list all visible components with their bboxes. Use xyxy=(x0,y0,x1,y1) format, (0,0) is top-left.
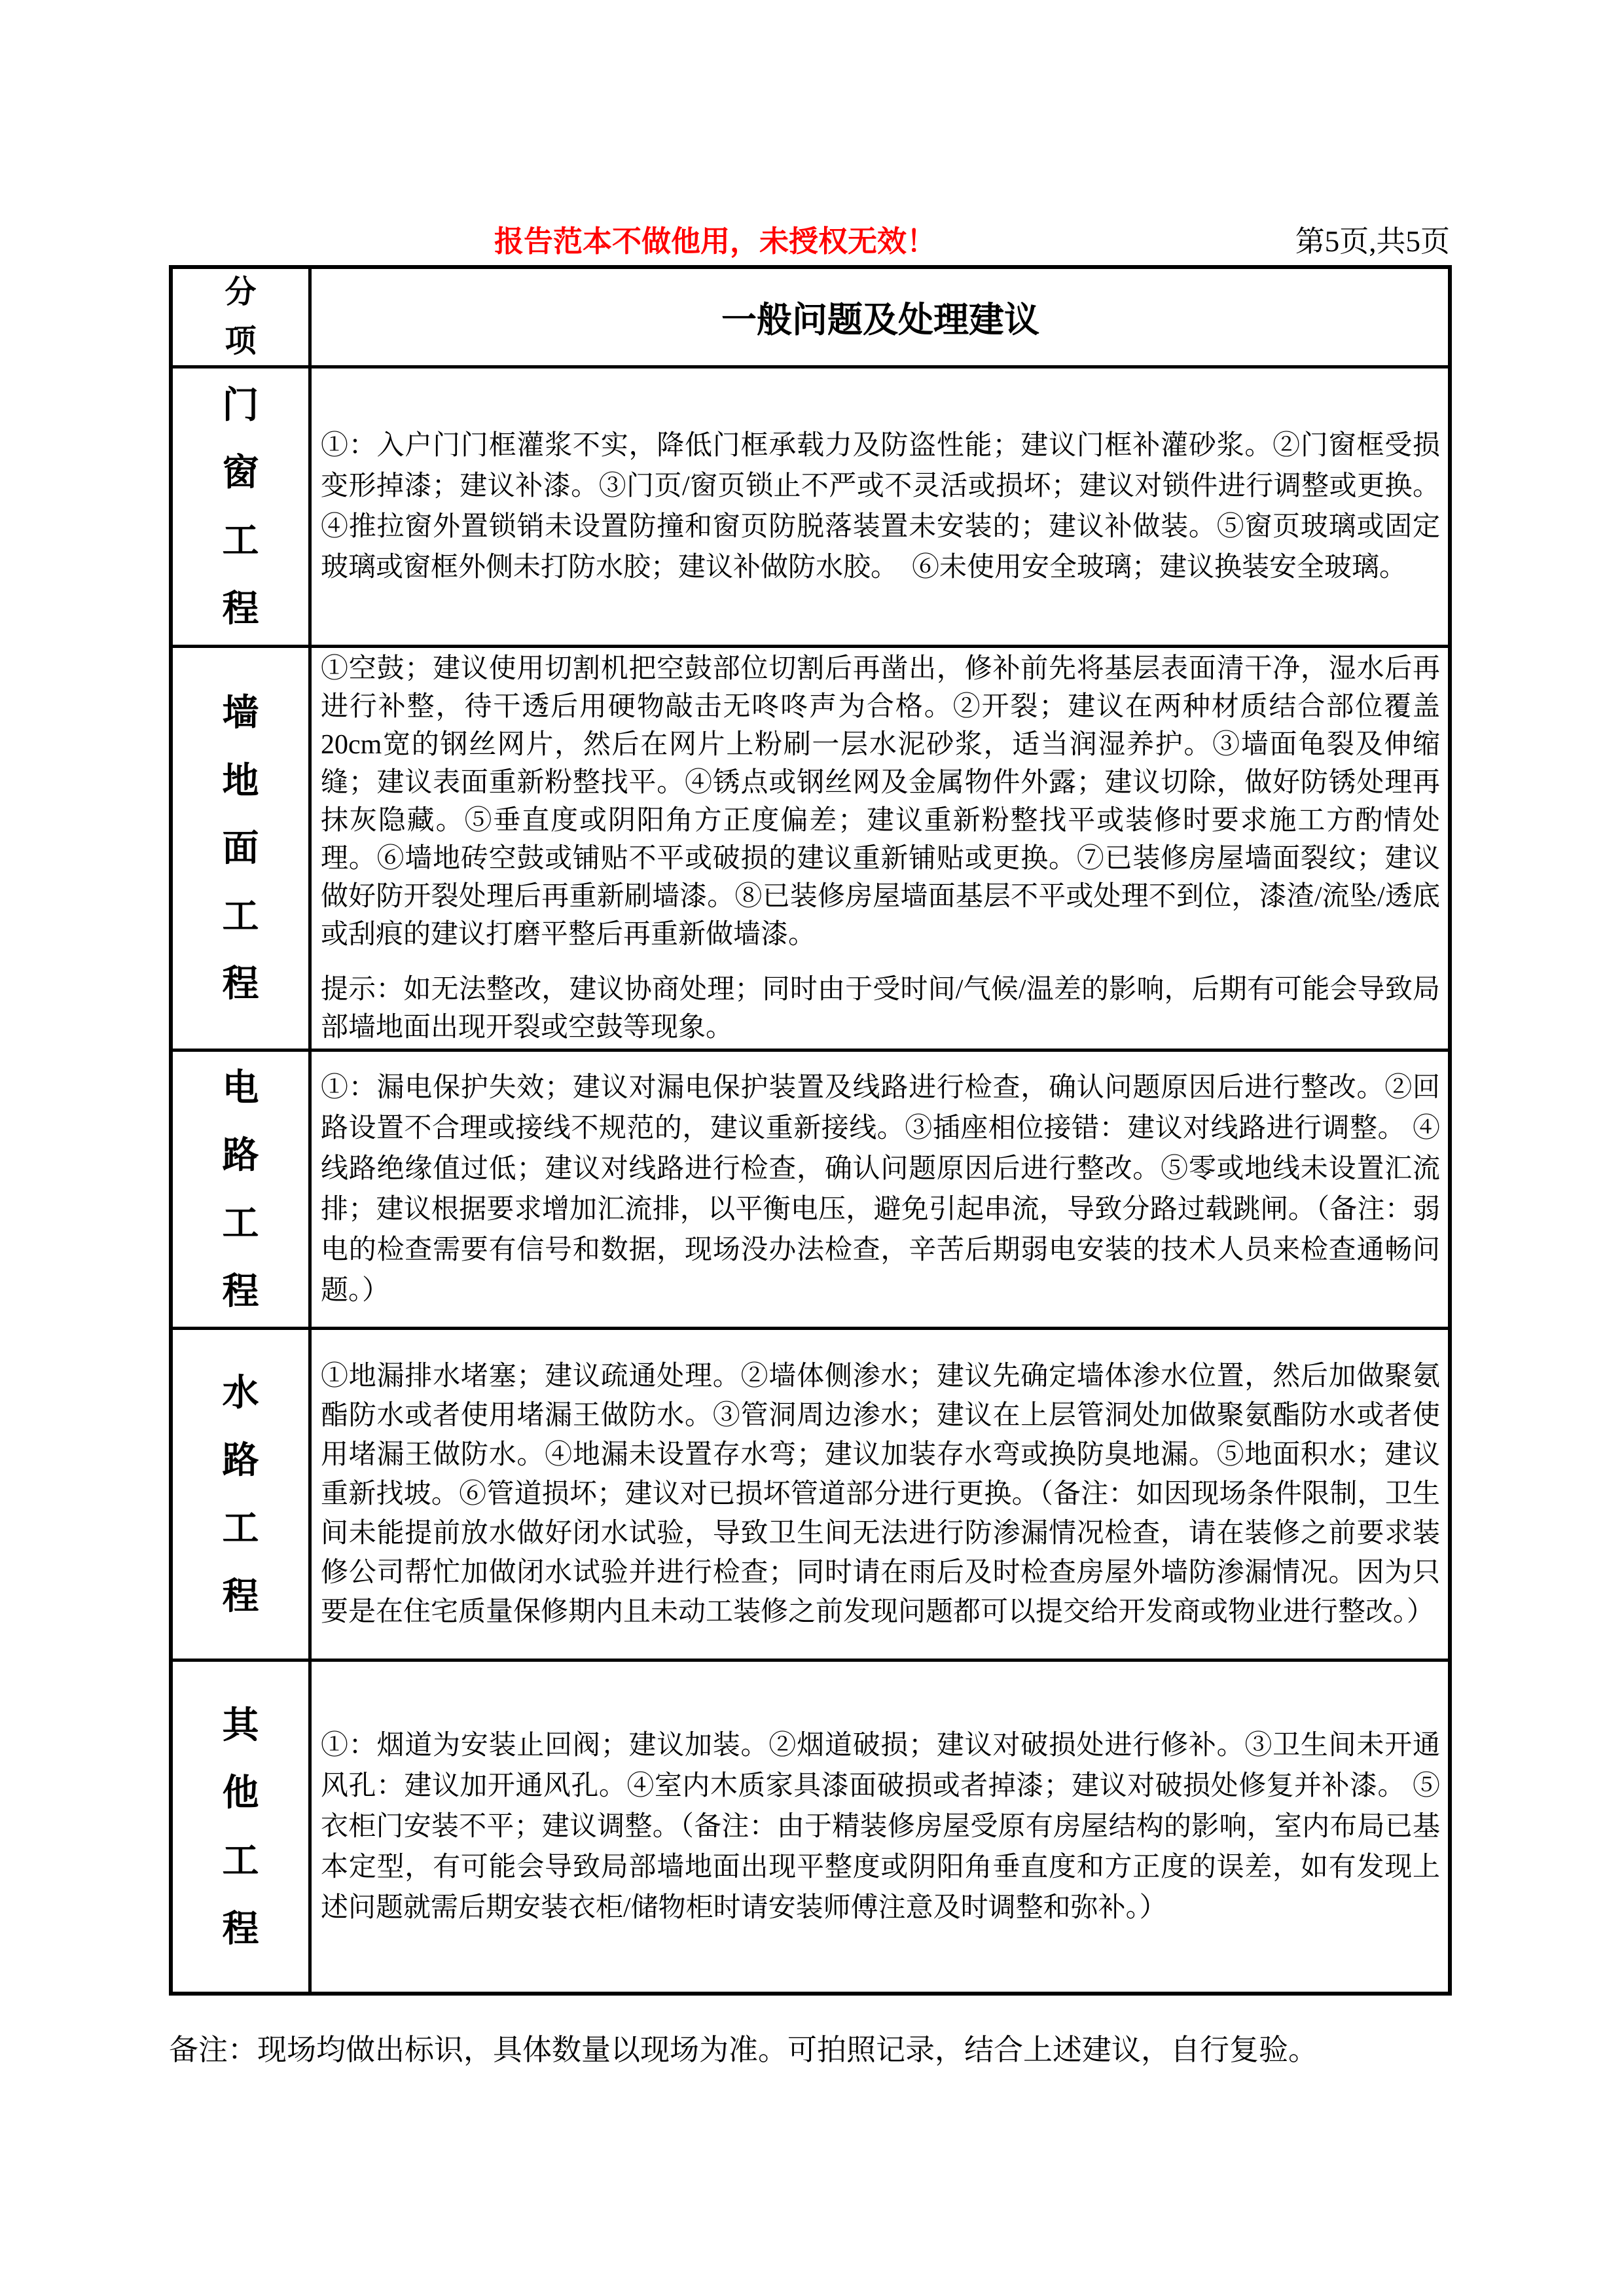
table-title: 一般问题及处理建议 xyxy=(321,292,1440,342)
page-number: 第5页,共5页 xyxy=(1295,217,1450,260)
row-label-plumbing: 水路工程 xyxy=(221,1359,260,1630)
row-label-doors-windows: 门窗工程 xyxy=(221,371,260,642)
row-label-other: 其他工程 xyxy=(221,1691,260,1962)
row-content-cell: ①空鼓；建议使用切割机把空鼓部位切割后再凿出，修补前先将基层表面清干净，湿水后再… xyxy=(312,648,1448,1049)
watermark-warning-text: 报告范本不做他用，未授权无效！ xyxy=(494,217,952,260)
table-row-electrical: 电路工程 ①：漏电保护失效；建议对漏电保护装置及线路进行检查，确认问题原因后进行… xyxy=(173,1049,1448,1327)
row-label-cell: 门窗工程 xyxy=(173,368,312,645)
row-tip: 提示：如无法整改，建议协商处理；同时由于受时间/气候/温差的影响，后期有可能会导… xyxy=(321,971,1440,1047)
row-label-cell: 水路工程 xyxy=(173,1330,312,1659)
row-text: ①地漏排水堵塞；建议疏通处理。②墙体侧渗水；建议先确定墙体渗水位置，然后加做聚氨… xyxy=(321,1357,1440,1632)
row-text: ①：入户门门框灌浆不实，降低门框承载力及防盗性能；建议门框补灌砂浆。②门窗框受损… xyxy=(321,425,1440,588)
table-row-doors-windows: 门窗工程 ①：入户门门框灌浆不实，降低门框承载力及防盗性能；建议门框补灌砂浆。②… xyxy=(173,365,1448,645)
row-content-cell: ①：烟道为安装止回阀；建议加装。②烟道破损；建议对破损处进行修补。③卫生间未开通… xyxy=(312,1662,1448,1992)
row-label-cell: 其他工程 xyxy=(173,1662,312,1992)
footer-remark: 备注：现场均做出标识，具体数量以现场为准。可拍照记录，结合上述建议，自行复验。 xyxy=(169,2030,1471,2070)
header-cell-category: 分项 xyxy=(173,269,312,365)
row-text: ①：漏电保护失效；建议对漏电保护装置及线路进行检查，确认问题原因后进行整改。②回… xyxy=(321,1067,1440,1311)
table-row-plumbing: 水路工程 ①地漏排水堵塞；建议疏通处理。②墙体侧渗水；建议先确定墙体渗水位置，然… xyxy=(173,1327,1448,1659)
row-text: ①空鼓；建议使用切割机把空鼓部位切割后再凿出，修补前先将基层表面清干净，湿水后再… xyxy=(321,650,1440,954)
header-category-label: 分项 xyxy=(224,268,257,366)
row-label-electrical: 电路工程 xyxy=(221,1054,260,1325)
row-content-cell: ①：漏电保护失效；建议对漏电保护装置及线路进行检查，确认问题原因后进行整改。②回… xyxy=(312,1052,1448,1327)
header-cell-title: 一般问题及处理建议 xyxy=(312,269,1448,365)
report-page: { "page": { "watermark": "报告范本不做他用，未授权无效… xyxy=(0,0,1624,2296)
row-content-cell: ①：入户门门框灌浆不实，降低门框承载力及防盗性能；建议门框补灌砂浆。②门窗框受损… xyxy=(312,368,1448,645)
row-label-wall-floor: 墙地面工程 xyxy=(221,679,260,1018)
issues-table: 分项 一般问题及处理建议 门窗工程 ①：入户门门框灌浆不实，降低门框承载力及防盗… xyxy=(169,265,1452,1996)
table-row-other: 其他工程 ①：烟道为安装止回阀；建议加装。②烟道破损；建议对破损处进行修补。③卫… xyxy=(173,1659,1448,1992)
table-row-wall-floor: 墙地面工程 ①空鼓；建议使用切割机把空鼓部位切割后再凿出，修补前先将基层表面清干… xyxy=(173,645,1448,1049)
row-label-cell: 墙地面工程 xyxy=(173,648,312,1049)
row-text: ①：烟道为安装止回阀；建议加装。②烟道破损；建议对破损处进行修补。③卫生间未开通… xyxy=(321,1725,1440,1928)
row-content-cell: ①地漏排水堵塞；建议疏通处理。②墙体侧渗水；建议先确定墙体渗水位置，然后加做聚氨… xyxy=(312,1330,1448,1659)
table-header-row: 分项 一般问题及处理建议 xyxy=(173,269,1448,365)
row-label-cell: 电路工程 xyxy=(173,1052,312,1327)
